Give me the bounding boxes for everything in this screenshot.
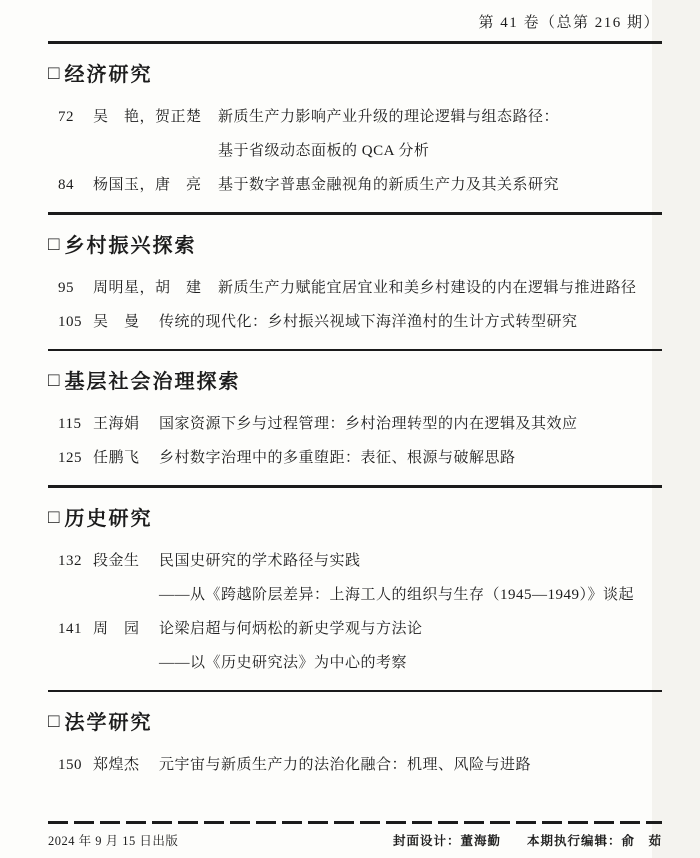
toc-section: □历史研究132段金生民国史研究的学术路径与实践——从《跨越阶层差异：上海工人的… (48, 488, 662, 690)
entry-title-line: 论梁启超与何炳松的新史学观与方法论 (159, 612, 662, 646)
entry-page-number: 105 (58, 305, 93, 339)
section-title-text: 经济研究 (64, 60, 152, 90)
toc-section: □基层社会治理探索115王海娟国家资源下乡与过程管理：乡村治理转型的内在逻辑及其… (48, 351, 662, 485)
toc-entry: 72吴 艳，贺正楚新质生产力影响产业升级的理论逻辑与组态路径：基于省级动态面板的… (48, 100, 662, 168)
toc-section: □乡村振兴探索95周明星，胡 建新质生产力赋能宜居宜业和美乡村建设的内在逻辑与推… (48, 215, 662, 349)
entry-page-number: 150 (58, 748, 93, 782)
entry-page-number: 141 (58, 612, 93, 646)
entry-page-number: 115 (58, 407, 93, 441)
section-title: □法学研究 (48, 708, 662, 738)
section-marker-icon: □ (48, 707, 61, 737)
footer-credits: 封面设计：董海勤 本期执行编辑：俞 茹 (393, 824, 662, 858)
entry-title-line: 元宇宙与新质生产力的法治化融合：机理、风险与进路 (159, 748, 662, 782)
section-title: □基层社会治理探索 (48, 367, 662, 397)
entry-authors: 吴 艳，贺正楚 (93, 100, 218, 134)
section-title-text: 基层社会治理探索 (64, 367, 240, 397)
entry-page-number: 95 (58, 271, 93, 305)
entry-title: 民国史研究的学术路径与实践——从《跨越阶层差异：上海工人的组织与生存（1945—… (159, 544, 662, 612)
entry-page-number: 132 (58, 544, 93, 578)
toc-sections: □经济研究72吴 艳，贺正楚新质生产力影响产业升级的理论逻辑与组态路径：基于省级… (48, 44, 662, 792)
entry-title: 论梁启超与何炳松的新史学观与方法论——以《历史研究法》为中心的考察 (159, 612, 662, 680)
entry-authors: 杨国玉，唐 亮 (93, 168, 218, 202)
toc-entry: 115王海娟国家资源下乡与过程管理：乡村治理转型的内在逻辑及其效应 (48, 407, 662, 441)
entry-title: 传统的现代化：乡村振兴视域下海洋渔村的生计方式转型研究 (159, 305, 662, 339)
page-header: 第 41 卷（总第 216 期） (48, 10, 662, 36)
section-title-text: 历史研究 (64, 504, 152, 534)
entry-title-line: ——以《历史研究法》为中心的考察 (159, 646, 662, 680)
toc-section: □法学研究150郑煌杰元宇宙与新质生产力的法治化融合：机理、风险与进路 (48, 692, 662, 792)
entry-authors: 王海娟 (93, 407, 159, 441)
entry-title-line: 新质生产力赋能宜居宜业和美乡村建设的内在逻辑与推进路径 (218, 271, 662, 305)
toc-entry: 141周 园论梁启超与何炳松的新史学观与方法论——以《历史研究法》为中心的考察 (48, 612, 662, 680)
section-title: □乡村振兴探索 (48, 231, 662, 261)
entry-title-line: 基于数字普惠金融视角的新质生产力及其关系研究 (218, 168, 662, 202)
toc-entry: 84杨国玉，唐 亮基于数字普惠金融视角的新质生产力及其关系研究 (48, 168, 662, 202)
entry-title: 新质生产力赋能宜居宜业和美乡村建设的内在逻辑与推进路径 (218, 271, 662, 305)
toc-entry: 132段金生民国史研究的学术路径与实践——从《跨越阶层差异：上海工人的组织与生存… (48, 544, 662, 612)
section-title: □历史研究 (48, 504, 662, 534)
entry-title: 乡村数字治理中的多重堕距：表征、根源与破解思路 (159, 441, 662, 475)
entry-title-line: 新质生产力影响产业升级的理论逻辑与组态路径： (218, 100, 662, 134)
cover-design-credit: 封面设计：董海勤 (393, 824, 501, 858)
entry-title-line: 乡村数字治理中的多重堕距：表征、根源与破解思路 (159, 441, 662, 475)
section-title: □经济研究 (48, 60, 662, 90)
entry-title: 国家资源下乡与过程管理：乡村治理转型的内在逻辑及其效应 (159, 407, 662, 441)
toc-entry: 95周明星，胡 建新质生产力赋能宜居宜业和美乡村建设的内在逻辑与推进路径 (48, 271, 662, 305)
entry-authors: 吴 曼 (93, 305, 159, 339)
issue-info: 第 41 卷（总第 216 期） (478, 15, 660, 31)
section-marker-icon: □ (48, 503, 61, 533)
toc-entry: 125任鹏飞乡村数字治理中的多重堕距：表征、根源与破解思路 (48, 441, 662, 475)
journal-toc-page: 第 41 卷（总第 216 期） □经济研究72吴 艳，贺正楚新质生产力影响产业… (0, 0, 700, 858)
entry-title-line: ——从《跨越阶层差异：上海工人的组织与生存（1945—1949）》谈起 (159, 578, 662, 612)
section-marker-icon: □ (48, 366, 61, 396)
entry-title: 基于数字普惠金融视角的新质生产力及其关系研究 (218, 168, 662, 202)
publish-date: 2024 年 9 月 15 日出版 (48, 824, 178, 858)
toc-section: □经济研究72吴 艳，贺正楚新质生产力影响产业升级的理论逻辑与组态路径：基于省级… (48, 44, 662, 212)
entry-authors: 任鹏飞 (93, 441, 159, 475)
toc-entry: 150郑煌杰元宇宙与新质生产力的法治化融合：机理、风险与进路 (48, 748, 662, 782)
entry-title-line: 国家资源下乡与过程管理：乡村治理转型的内在逻辑及其效应 (159, 407, 662, 441)
entry-title: 元宇宙与新质生产力的法治化融合：机理、风险与进路 (159, 748, 662, 782)
page-footer: 2024 年 9 月 15 日出版 封面设计：董海勤 本期执行编辑：俞 茹 (48, 824, 662, 858)
entry-authors: 周 园 (93, 612, 159, 646)
section-marker-icon: □ (48, 230, 61, 260)
entry-title-line: 基于省级动态面板的 QCA 分析 (218, 134, 662, 168)
flex-spacer (48, 792, 662, 821)
section-title-text: 乡村振兴探索 (64, 231, 196, 261)
entry-page-number: 72 (58, 100, 93, 134)
entry-title: 新质生产力影响产业升级的理论逻辑与组态路径：基于省级动态面板的 QCA 分析 (218, 100, 662, 168)
section-marker-icon: □ (48, 59, 61, 89)
entry-title-line: 民国史研究的学术路径与实践 (159, 544, 662, 578)
entry-authors: 段金生 (93, 544, 159, 578)
entry-title-line: 传统的现代化：乡村振兴视域下海洋渔村的生计方式转型研究 (159, 305, 662, 339)
entry-page-number: 125 (58, 441, 93, 475)
toc-entry: 105吴 曼传统的现代化：乡村振兴视域下海洋渔村的生计方式转型研究 (48, 305, 662, 339)
section-title-text: 法学研究 (64, 708, 152, 738)
entry-page-number: 84 (58, 168, 93, 202)
entry-authors: 周明星，胡 建 (93, 271, 218, 305)
executive-editor-credit: 本期执行编辑：俞 茹 (527, 824, 662, 858)
entry-authors: 郑煌杰 (93, 748, 159, 782)
